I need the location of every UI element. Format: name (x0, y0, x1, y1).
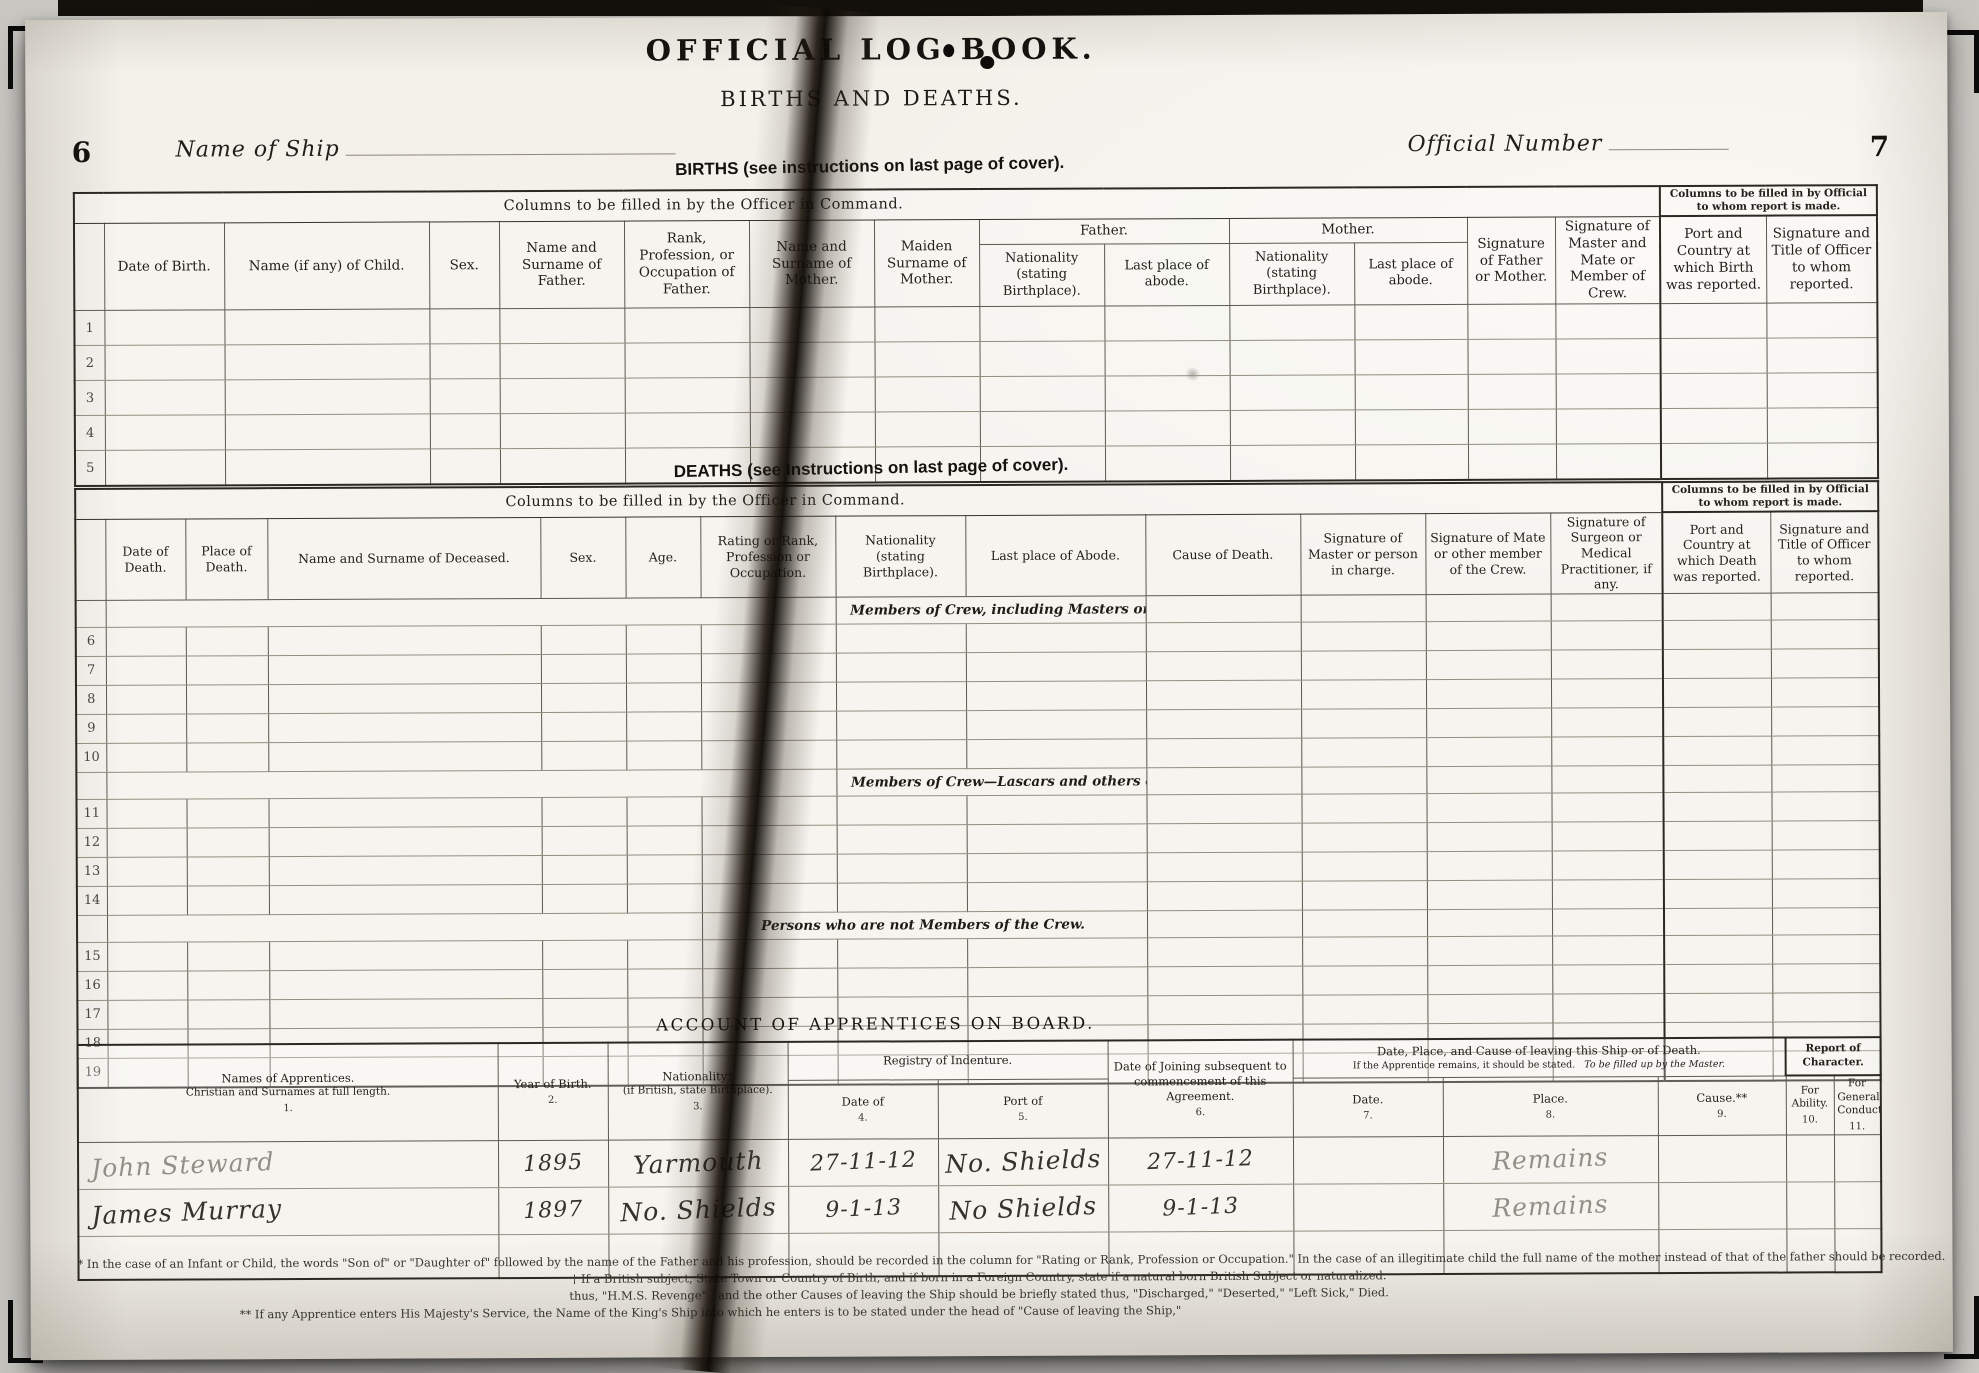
blank-cell (966, 795, 1146, 825)
column-number: 3. (611, 1100, 784, 1114)
blank-cell (626, 683, 701, 712)
blank-cell (1664, 850, 1772, 879)
col-header-mother-name: Name and Surname of Mother. (749, 220, 874, 308)
blank-cell (1467, 339, 1555, 374)
apprentice-entry-row: James Murray 1897 No. Shields 9-1-13 No … (78, 1182, 1881, 1237)
blank-cell (1551, 678, 1663, 707)
blank-cell (1230, 410, 1355, 446)
col-header-deceased-name: Name and Surname of Deceased. (267, 517, 540, 599)
conduct-cell (1834, 1135, 1881, 1182)
handwritten-remains: Remains (1492, 1143, 1609, 1177)
blank-cell (1551, 792, 1663, 821)
col-header-indenture-date: Date of4. (788, 1079, 938, 1139)
blank-cell (701, 682, 836, 712)
blank-header (74, 223, 104, 311)
column-number: 4. (791, 1111, 934, 1125)
blank-cell (186, 714, 268, 743)
blank-cell (107, 913, 702, 943)
leaving-date-cell (1293, 1183, 1443, 1231)
blank-cell (750, 412, 875, 448)
blank-cell (626, 741, 701, 770)
blank-cell (1551, 707, 1663, 736)
leaving-place-cell: Remains (1443, 1136, 1658, 1184)
name-of-ship-label: Name of Ship (176, 137, 340, 163)
col-header-signature-surgeon: Signature of Surgeon or Medical Practiti… (1550, 512, 1662, 594)
blank-cell (1301, 650, 1426, 680)
blank-cell (107, 1000, 187, 1029)
blank-cell (967, 938, 1147, 968)
blank-cell (836, 652, 966, 682)
col-header-maiden-surname: Maiden Surname of Mother. (874, 219, 979, 307)
leaving-date-cell (1293, 1136, 1443, 1184)
apprentice-entry-row: John Steward 1895 Yarmouth 27-11-12 No. … (78, 1135, 1881, 1190)
deaths-table: Columns to be filled in by the Officer i… (74, 480, 1882, 1089)
blank-cell (701, 711, 836, 741)
col-header-abode: Last place of Abode. (965, 515, 1145, 597)
row-number: 1 (74, 310, 104, 345)
group-divider-label: Persons who are not Members of the Crew. (702, 911, 1147, 940)
indenture-date-cell: 9-1-13 (788, 1186, 938, 1234)
indenture-date-cell: 27-11-12 (788, 1139, 938, 1187)
blank-cell (187, 857, 269, 886)
blank-cell (701, 740, 836, 770)
ink-blot (980, 56, 994, 69)
blank-cell (107, 971, 187, 1000)
blank-cell (837, 824, 967, 854)
blank-cell (626, 712, 701, 741)
blank-cell (875, 377, 980, 412)
blank-cell (1772, 963, 1880, 992)
blank-cell (1772, 907, 1880, 934)
blank-cell (1772, 849, 1880, 878)
col-header-father-rank: Rank, Profession, or Occupation of Fathe… (624, 220, 749, 308)
col-header-sex: Sex. (540, 517, 625, 598)
blank-cell (104, 310, 224, 346)
blank-cell (624, 308, 749, 344)
blank-cell (500, 448, 625, 484)
ink-blot (943, 44, 954, 57)
blank-cell (1427, 880, 1552, 910)
blank-cell (269, 826, 542, 856)
indenture-port-cell: No. Shields (938, 1138, 1108, 1186)
leaving-note-2: To be filled up by the Master. (1584, 1059, 1725, 1071)
blank-cell (1147, 966, 1302, 996)
blank-cell (1302, 909, 1427, 937)
blank-cell (1302, 965, 1427, 995)
blank-cell (1664, 935, 1772, 964)
blank-cell (1146, 595, 1301, 623)
blank-cell (626, 797, 701, 826)
col-header-signature-parent: Signature of Father or Mother. (1467, 217, 1555, 305)
row-number: 6 (76, 627, 106, 656)
group-divider-label: Members of Crew—Lascars and others on As… (836, 768, 1146, 796)
blank-cell (76, 772, 106, 799)
row-number: 4 (75, 415, 105, 450)
blank-cell (107, 942, 187, 971)
col-header-rating: Rating or Rank, Profession or Occupation… (700, 516, 835, 598)
blank-cell (1229, 305, 1354, 341)
blank-cell (1468, 374, 1556, 409)
blank-cell (1555, 339, 1660, 374)
group-divider-label: Members of Crew, including Masters on Eu… (836, 596, 1146, 624)
leaving-cause-cell (1658, 1182, 1786, 1230)
apprentice-names-sub: Christian and Surnames at full length. (82, 1085, 495, 1100)
blank-cell (837, 882, 967, 912)
blank-cell (1146, 651, 1301, 681)
blank-cell (106, 685, 186, 714)
blank-cell (1766, 303, 1877, 338)
joining-date-cell: 9-1-13 (1108, 1184, 1293, 1232)
row-number: 8 (76, 685, 106, 714)
blank-cell (627, 884, 702, 913)
blank-cell (1664, 993, 1772, 1022)
row-number: 16 (77, 971, 107, 1000)
indenture-port-label: Port of (941, 1093, 1104, 1109)
handwritten-remains: Remains (1492, 1190, 1609, 1224)
blank-cell (1354, 305, 1467, 340)
blank-cell (1302, 822, 1427, 852)
blank-cell (541, 797, 626, 826)
blank-cell (1301, 594, 1426, 622)
blank-cell (187, 1000, 269, 1029)
blank-cell (541, 712, 626, 741)
blank-cell (107, 857, 187, 886)
leaving-cause-cell (1658, 1135, 1786, 1183)
father-group-header: Father. (979, 218, 1229, 244)
col-header-nationality: Nationality (stating Birthplace). (835, 515, 965, 597)
blank-cell (1427, 909, 1552, 937)
blank-cell (702, 854, 837, 884)
row-number: 10 (76, 743, 106, 772)
blank-cell (106, 627, 186, 656)
col-header-signature-officer: Signature and Title of Officer to whom r… (1770, 511, 1878, 593)
blank-cell (1426, 650, 1551, 680)
blank-cell (1301, 621, 1426, 651)
col-header-sex: Sex. (429, 221, 499, 309)
blank-cell (1551, 649, 1663, 678)
col-header-signature-mate: Signature of Mate or other member of the… (1425, 513, 1550, 595)
blank-cell (1146, 738, 1301, 768)
col-header-date-of-death: Date of Death. (105, 519, 185, 600)
blank-cell (1426, 594, 1551, 622)
blank-cell (106, 656, 186, 685)
blank-cell (1552, 935, 1664, 964)
left-page-number: 6 (72, 136, 92, 169)
blank-cell (627, 940, 702, 969)
blank-cell (980, 411, 1105, 447)
handwritten-name: James Murray (91, 1194, 283, 1230)
blank-cell (1354, 340, 1467, 375)
blank-cell (1664, 792, 1772, 821)
col-header-age: Age. (625, 517, 700, 598)
blank-cell (224, 309, 429, 345)
blank-cell (874, 307, 979, 342)
blank-cell (225, 414, 430, 450)
leaving-place-label: Place. (1446, 1091, 1654, 1107)
blank-cell (1426, 621, 1551, 651)
col-header-leaving-date: Date.7. (1293, 1077, 1443, 1137)
col-header-port-reported: Port and Country at which Death was repo… (1662, 512, 1770, 594)
blank-cell (1302, 851, 1427, 881)
blank-cell (1771, 735, 1879, 764)
blank-cell (269, 855, 542, 885)
blank-cell (1105, 446, 1230, 482)
col-header-child-name: Name (if any) of Child. (224, 222, 429, 310)
apprentices-table: Names of Apprentices. Christian and Surn… (77, 1036, 1883, 1281)
col-header-signature-master: Signature of Master and Mate or Member o… (1555, 216, 1660, 304)
blank-cell (701, 653, 836, 683)
blank-cell (106, 743, 186, 772)
blank-cell (1427, 822, 1552, 852)
indenture-port-cell: No Shields (938, 1185, 1108, 1233)
blank-cell (625, 378, 750, 414)
blank-cell (186, 685, 268, 714)
blank-cell (1663, 678, 1771, 707)
col-header-ability: For Ability.10. (1786, 1075, 1834, 1135)
handwritten-port: No. Shields (944, 1144, 1101, 1179)
blank-cell (1663, 649, 1771, 678)
blank-cell (1105, 411, 1230, 447)
col-header-signature-master: Signature of Master or person in charge. (1300, 513, 1425, 595)
blank-cell (1767, 408, 1878, 443)
report-of-character-header: Report of Character. (1786, 1037, 1881, 1075)
column-number: 6. (1111, 1106, 1289, 1120)
blank-cell (1427, 936, 1552, 966)
apprentice-birthplace-cell: No. Shields (608, 1186, 788, 1234)
blank-cell (1551, 593, 1663, 620)
blank-cell (430, 379, 500, 414)
joining-date-label: Date of Joining subsequent to commenceme… (1111, 1059, 1289, 1105)
blank-cell (1661, 408, 1767, 443)
blank-cell (966, 681, 1146, 711)
blank-cell (186, 656, 268, 685)
blank-cell (1229, 340, 1354, 376)
leaving-band-header: Date, Place, and Cause of leaving this S… (1293, 1038, 1786, 1078)
blank-cell (1771, 764, 1879, 791)
blank-cell (980, 376, 1105, 412)
blank-cell (541, 625, 626, 654)
row-number: 3 (75, 380, 105, 415)
blank-cell (702, 939, 837, 969)
blank-cell (1551, 765, 1663, 792)
blank-cell (1664, 879, 1772, 908)
col-header-conduct: For General Conduct.11. (1834, 1075, 1881, 1135)
blank-cell (1147, 937, 1302, 967)
apprentice-name-cell: James Murray (78, 1188, 498, 1237)
blank-cell (1426, 679, 1551, 709)
blank-cell (1301, 679, 1426, 709)
blank-cell (1771, 677, 1879, 706)
column-number: 5. (941, 1110, 1104, 1124)
blank-cell (269, 940, 542, 970)
blank-cell (836, 623, 966, 653)
blank-cell (107, 886, 187, 915)
registry-band-header: Registry of Indenture. (788, 1040, 1108, 1079)
right-page-number: 7 (1870, 130, 1890, 163)
blank-cell (1468, 444, 1556, 480)
ability-label: For Ability. (1789, 1084, 1830, 1111)
row-number: 5 (75, 450, 105, 486)
blank-cell (1147, 881, 1302, 911)
blank-cell (500, 378, 625, 414)
blank-cell (499, 308, 624, 344)
blank-cell (187, 886, 269, 915)
blank-cell (1663, 593, 1771, 620)
blank-cell (1146, 709, 1301, 739)
indenture-date-label: Date of (791, 1094, 934, 1110)
blank-cell (1660, 303, 1766, 338)
footnotes: * In the case of an Infant or Child, the… (77, 1246, 1880, 1325)
blank-cell (836, 710, 966, 740)
blank-cell (106, 714, 186, 743)
handwritten-name: John Steward (91, 1147, 275, 1183)
blank-cell (1552, 821, 1664, 850)
column-number: 1. (82, 1101, 495, 1116)
blank-cell (1301, 793, 1426, 823)
blank-cell (1772, 820, 1880, 849)
blank-cell (701, 796, 836, 826)
blank-cell (1767, 443, 1878, 479)
blank-cell (1230, 375, 1355, 411)
name-of-ship-blank-line (346, 137, 676, 155)
blank-cell (1767, 338, 1878, 373)
col-header-father-abode: Last place of abode. (1104, 243, 1229, 306)
blank-cell (1302, 880, 1427, 910)
row-number: 12 (77, 828, 107, 857)
col-header-father-nationality: Nationality (stating Birthplace). (979, 244, 1104, 307)
blank-cell (542, 969, 627, 998)
blank-cell (874, 342, 979, 377)
blank-cell (268, 683, 541, 713)
handwritten-date: 9-1-13 (1162, 1194, 1240, 1222)
row-number: 7 (76, 656, 106, 685)
blank-cell (1772, 791, 1880, 820)
blank-cell (967, 882, 1147, 912)
blank-cell (1427, 851, 1552, 881)
col-header-nationality: Nationality† (if British, state Birthpla… (608, 1042, 788, 1140)
blank-cell (76, 600, 106, 627)
blank-cell (837, 853, 967, 883)
blank-cell (107, 828, 187, 857)
blank-cell (105, 415, 225, 451)
blank-cell (1661, 338, 1767, 373)
blank-cell (186, 799, 268, 828)
col-header-year-of-birth: Year of Birth. 2. (498, 1043, 608, 1141)
blank-cell (1664, 908, 1772, 935)
blank-cell (1771, 706, 1879, 735)
official-band-label: Columns to be filled in by Official to w… (1662, 481, 1878, 512)
blank-cell (186, 627, 268, 656)
col-header-signature-officer: Signature and Title of Officer to whom r… (1766, 215, 1877, 303)
blank-cell (1302, 994, 1427, 1024)
blank-cell (1147, 995, 1302, 1025)
blank-cell (966, 623, 1146, 653)
blank-cell (187, 971, 269, 1000)
blank-cell (1230, 445, 1355, 481)
leaving-date-label: Date. (1296, 1092, 1439, 1108)
blank-cell (749, 342, 874, 378)
column-number: 9. (1661, 1107, 1782, 1121)
col-header-mother-abode: Last place of abode. (1354, 242, 1467, 305)
blank-cell (542, 826, 627, 855)
blank-cell (500, 343, 625, 379)
blank-cell (269, 884, 542, 914)
blank-cell (1467, 304, 1555, 339)
blank-cell (268, 741, 541, 771)
column-number: 7. (1296, 1109, 1439, 1123)
blank-cell (837, 967, 967, 997)
joining-date-cell: 27-11-12 (1108, 1137, 1293, 1185)
blank-cell (626, 654, 701, 683)
blank-cell (836, 795, 966, 825)
handwritten-port: No Shields (949, 1191, 1098, 1226)
year-of-birth-label: Year of Birth. (501, 1077, 604, 1092)
nationality-label: Nationality† (611, 1069, 784, 1085)
handwritten-date: 27-11-12 (1147, 1146, 1255, 1175)
blank-cell (542, 940, 627, 969)
row-number: 15 (77, 942, 107, 971)
blank-cell (1301, 766, 1426, 794)
blank-cell (967, 824, 1147, 854)
blank-cell (1556, 409, 1661, 444)
blank-cell (542, 855, 627, 884)
blank-cell (1664, 964, 1772, 993)
blank-cell (979, 341, 1104, 377)
row-number: 9 (76, 714, 106, 743)
blank-cell (1772, 934, 1880, 963)
blank-cell (702, 825, 837, 855)
blank-cell (269, 998, 542, 1028)
blank-cell (1147, 823, 1302, 853)
blank-cell (1772, 878, 1880, 907)
handwritten-date: 27-11-12 (809, 1148, 917, 1177)
blank-cell (1556, 374, 1661, 409)
blank-cell (1426, 793, 1551, 823)
blank-cell (1147, 910, 1302, 938)
blank-cell (1663, 707, 1771, 736)
blank-cell (268, 625, 541, 655)
row-number: 14 (77, 886, 107, 915)
col-header-joining-date: Date of Joining subsequent to commenceme… (1108, 1040, 1293, 1138)
blank-cell (268, 712, 541, 742)
blank-cell (1104, 306, 1229, 342)
blank-cell (1105, 376, 1230, 412)
blank-cell (702, 883, 837, 913)
blank-cell (1771, 592, 1879, 619)
births-section-heading: BIRTHS (see instructions on last page of… (675, 153, 1064, 180)
col-header-indenture-port: Port of5. (938, 1078, 1108, 1138)
ability-cell (1786, 1135, 1834, 1182)
conduct-cell (1834, 1182, 1881, 1229)
col-header-leaving-cause: Cause.**9. (1658, 1076, 1786, 1136)
blank-cell (750, 377, 875, 413)
blank-header (75, 519, 105, 600)
official-number-blank-line (1608, 133, 1728, 151)
blank-cell (1772, 992, 1880, 1021)
blank-cell (1147, 852, 1302, 882)
column-number: 8. (1446, 1108, 1654, 1122)
blank-cell (268, 654, 541, 684)
blank-cell (77, 915, 107, 942)
blank-cell (1556, 444, 1661, 480)
blank-cell (1146, 622, 1301, 652)
blank-cell (268, 797, 541, 827)
blank-cell (187, 942, 269, 971)
blank-cell (105, 380, 225, 416)
col-header-cause-of-death: Cause of Death. (1145, 514, 1300, 596)
blank-cell (541, 683, 626, 712)
conduct-label: For General Conduct. (1837, 1077, 1877, 1118)
